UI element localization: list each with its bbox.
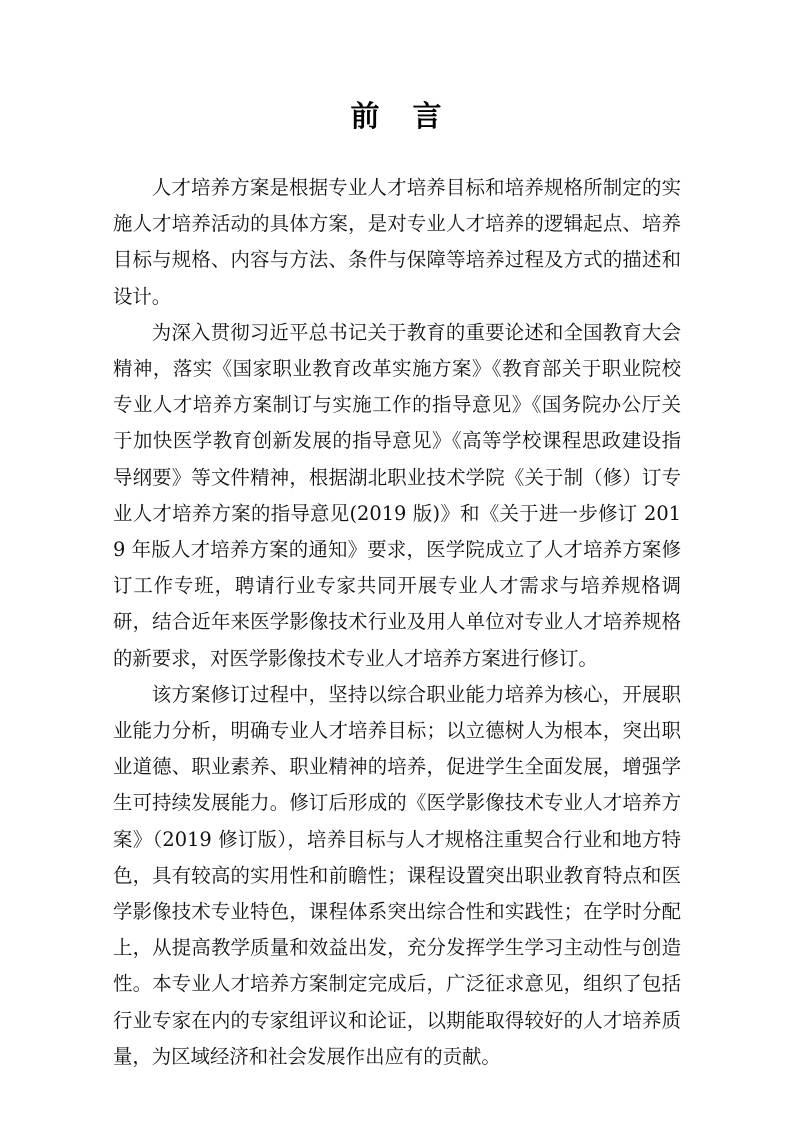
paragraph-1: 人才培养方案是根据专业人才培养目标和培养规格所制定的实施人才培养活动的具体方案，…: [113, 170, 681, 315]
paragraph-2: 为深入贯彻习近平总书记关于教育的重要论述和全国教育大会精神，落实《国家职业教育改…: [113, 315, 681, 677]
paragraph-3: 该方案修订过程中，坚持以综合职业能力培养为核心，开展职业能力分析，明确专业人才培…: [113, 677, 681, 1075]
document-page: 前 言 人才培养方案是根据专业人才培养目标和培养规格所制定的实施人才培养活动的具…: [0, 0, 794, 1123]
page-content: 前 言 人才培养方案是根据专业人才培养目标和培养规格所制定的实施人才培养活动的具…: [113, 96, 681, 1075]
page-title: 前 言: [113, 96, 681, 136]
document-body: 人才培养方案是根据专业人才培养目标和培养规格所制定的实施人才培养活动的具体方案，…: [113, 170, 681, 1075]
